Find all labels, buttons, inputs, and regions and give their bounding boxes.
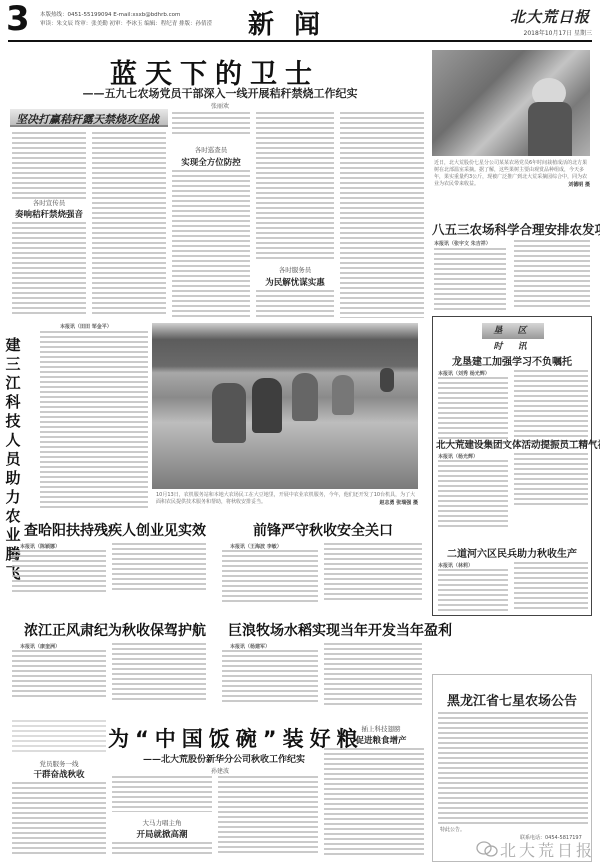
brief-byline: 本报讯（林莉） xyxy=(438,562,473,569)
body-text xyxy=(172,170,250,318)
staff-credits: 审读：朱文辰 终审：张美勤 初审：李冰玉 编辑：程纪青 排版：孙倩滢 xyxy=(40,19,212,27)
lead-subtitle: ——五九七农场党员干部深入一线开展秸秆禁烧工作纪实 xyxy=(60,85,380,101)
section-title: 新闻 xyxy=(248,4,340,41)
body-text xyxy=(222,550,318,602)
issue-date: 2018年10月17日 星期三 xyxy=(524,28,592,37)
watermark-text: 北大荒日报 xyxy=(500,838,595,861)
body-text xyxy=(514,453,588,508)
story-byline: 本报讯（陈颖娜） xyxy=(20,543,60,550)
notice-text xyxy=(438,712,588,824)
body-text xyxy=(112,643,206,703)
body-text xyxy=(438,460,508,530)
section-kicker: 各时宣传员 xyxy=(14,198,84,207)
body-text xyxy=(434,248,506,310)
bottom-subtitle: ——北大荒股份新华分公司秋收工作纪实 xyxy=(104,752,344,765)
lead-byline: 张丽欢 xyxy=(180,101,260,110)
photo-worker xyxy=(332,375,354,415)
brief-title: 龙垦建工加强学习不负嘱托 xyxy=(436,353,588,368)
story-title: 浓江正风肃纪为秋收保驾护航 xyxy=(20,620,210,640)
story-byline: 本报讯（康奎洲） xyxy=(20,643,60,650)
wechat-icon xyxy=(476,840,498,858)
farmer-orchard-photo xyxy=(432,50,590,156)
article-title: 八五三农场科学合理安排农发项目 xyxy=(432,220,592,238)
harvest-field-photo xyxy=(152,323,418,489)
page-number: 3 xyxy=(6,2,28,36)
photo-credit: 刘德明 摄 xyxy=(540,182,590,189)
body-text xyxy=(256,290,334,318)
body-text xyxy=(112,842,212,856)
body-text xyxy=(324,643,422,705)
section-kicker: 各时巡查员 xyxy=(174,145,248,154)
body-text xyxy=(12,650,106,700)
photo-worker xyxy=(212,383,246,443)
body-text xyxy=(514,370,588,445)
photo-worker xyxy=(252,378,282,433)
feature-photo-credit: 赵志勇 张瑞强 摄 xyxy=(340,500,418,507)
story-byline: 本报讯（王海波 李敏） xyxy=(230,543,282,550)
bottom-headline: 为“中国饭碗”装好粮 xyxy=(108,723,336,753)
body-text xyxy=(340,112,424,318)
section-subhead: 开局就掀高潮 xyxy=(112,828,212,840)
body-text xyxy=(324,748,424,856)
notice-title: 黑龙江省七星农场公告 xyxy=(434,690,590,709)
section-kicker: 党员服务一线 xyxy=(14,759,104,768)
section-subhead: 实现全方位防控 xyxy=(174,156,248,168)
body-text xyxy=(438,377,508,445)
lead-banner: 坚决打赢秸秆露天禁烧攻坚战 xyxy=(10,109,168,127)
body-text xyxy=(12,132,86,202)
story-title: 查哈阳扶持残疾人创业见实效 xyxy=(20,520,210,540)
section-subhead: 奏响秸秆禁烧强音 xyxy=(14,208,84,220)
body-text xyxy=(12,550,106,592)
brief-byline: 本报讯（杨光辉） xyxy=(438,453,478,460)
body-text xyxy=(92,132,166,317)
story-byline: 本报讯（杨建军） xyxy=(230,643,270,650)
body-text xyxy=(40,331,148,511)
photo-worker xyxy=(380,368,394,392)
brief-title: 北大荒建设集团文体活动提振员工精气神 xyxy=(436,437,588,451)
story-title: 巨浪牧场水稻实现当年开发当年盈利 xyxy=(228,620,422,640)
body-text xyxy=(172,112,250,136)
body-text xyxy=(324,543,422,603)
body-text xyxy=(12,720,106,752)
story-title: 前锋严守秋收安全关口 xyxy=(228,520,418,540)
bottom-byline: 孙建波 xyxy=(190,766,250,775)
body-text xyxy=(222,650,318,705)
column-header: 垦 区 时 讯 xyxy=(482,323,544,339)
photo-worker xyxy=(292,373,318,421)
body-text xyxy=(12,222,86,317)
section-subhead: 为民解忧谋实惠 xyxy=(258,276,332,288)
brief-title: 二道河六区民兵助力秋收生产 xyxy=(436,545,588,560)
photo-subject-body xyxy=(528,102,572,156)
feature-byline: 本报讯（田田 邹金平） xyxy=(60,323,112,330)
body-text xyxy=(438,569,508,611)
body-text xyxy=(12,782,106,854)
section-subhead: 促进粮食增产 xyxy=(336,734,426,746)
body-text xyxy=(112,543,206,593)
notice-signature: 特此公告。 xyxy=(440,826,465,833)
body-text xyxy=(256,112,334,262)
masthead: 北大荒日报 xyxy=(510,6,590,27)
body-text xyxy=(218,776,318,856)
section-kicker: 大马力唱主角 xyxy=(112,818,212,827)
brief-byline: 本报讯（刘秀 杨光辉） xyxy=(438,370,490,377)
header-rule xyxy=(8,40,592,42)
body-text xyxy=(514,240,590,310)
section-subhead: 干群奋战秋收 xyxy=(14,768,104,780)
body-text xyxy=(112,776,212,812)
hotline: 本版热线：0451-55199094 E-mail:xsxb@bdhrb.com xyxy=(40,10,180,18)
section-kicker: 各时服务员 xyxy=(258,265,332,274)
body-text xyxy=(514,562,588,610)
article-byline: 本报讯（张宇文 朱吉祥） xyxy=(434,240,491,247)
section-kicker: 插上科技翅膀 xyxy=(336,724,426,733)
